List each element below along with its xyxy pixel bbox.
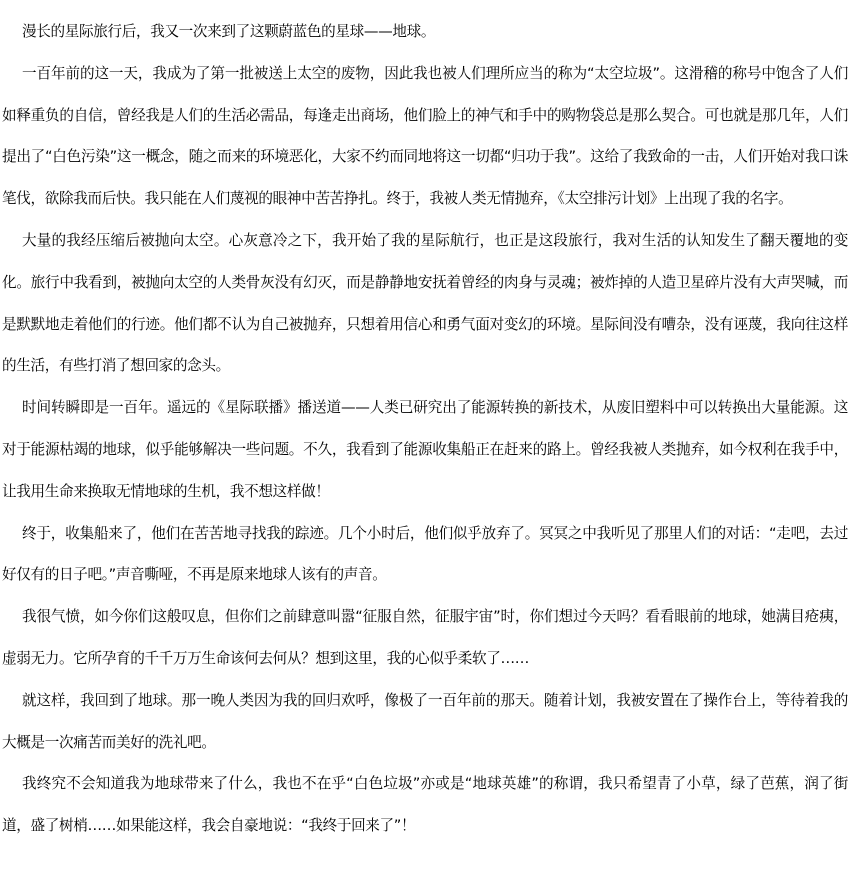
essay-document: 漫长的星际旅行后，我又一次来到了这颗蔚蓝色的星球——地球。 一百年前的这一天，我…: [0, 0, 852, 847]
paragraph-return: 就这样，我回到了地球。那一晚人类因为我的回归欢呼，像极了一百年前的那天。随着计划…: [2, 680, 848, 764]
paragraph-energy-conversion: 时间转瞬即是一百年。遥远的《星际联播》播送道——人类已研究出了能源转换的新技术，…: [2, 387, 848, 512]
paragraph-interstellar-journey: 大量的我经压缩后被抛向太空。心灰意冷之下，我开始了我的星际航行，也正是这段旅行，…: [2, 220, 848, 387]
paragraph-anger: 我很气愤，如今你们这般叹息，但你们之前肆意叫嚣“征服自然，征服宇宙”时，你们想过…: [2, 596, 848, 680]
paragraph-collection-ship: 终于，收集船来了，他们在苦苦地寻找我的踪迹。几个小时后，他们似乎放弃了。冥冥之中…: [2, 513, 848, 597]
paragraph-space-junk-origin: 一百年前的这一天，我成为了第一批被送上太空的废物，因此我也被人们理所应当的称为“…: [2, 53, 848, 220]
paragraph-intro: 漫长的星际旅行后，我又一次来到了这颗蔚蓝色的星球——地球。: [2, 11, 848, 53]
paragraph-conclusion: 我终究不会知道我为地球带来了什么，我也不在乎“白色垃圾”亦或是“地球英雄”的称谓…: [2, 763, 848, 847]
